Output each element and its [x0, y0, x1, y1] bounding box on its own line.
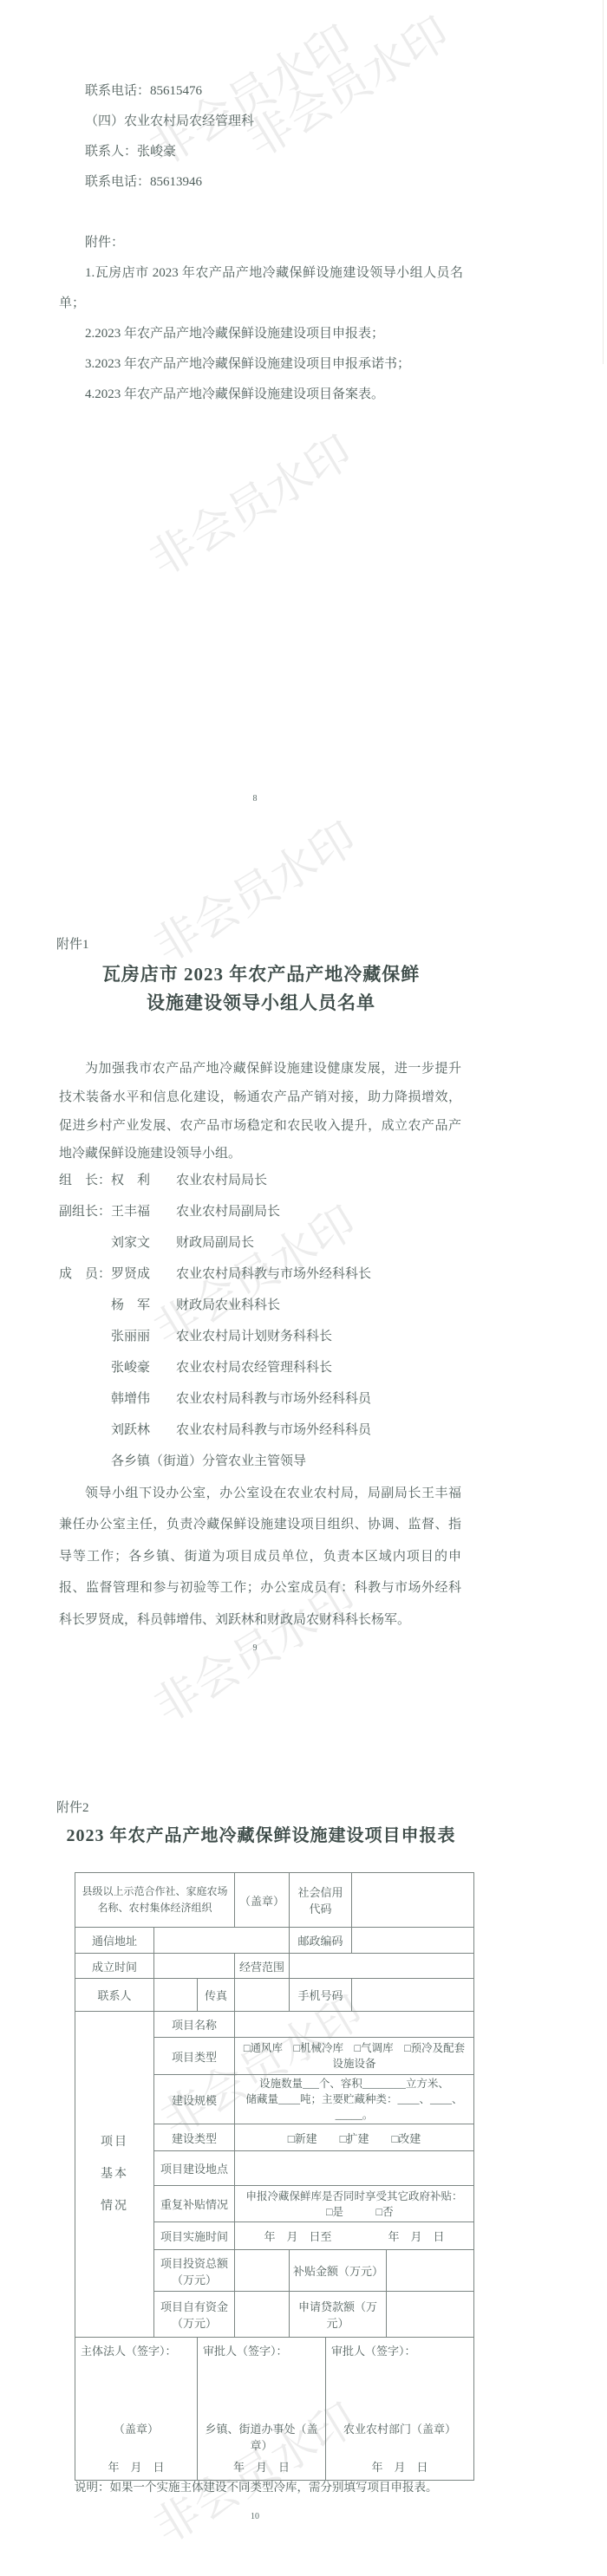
mobile-value-cell	[352, 1979, 474, 2012]
town-approver-signature-cell: 审批人（签字）： 乡镇、街道办事处（盖章） 年 月 日	[198, 2338, 326, 2481]
leadership-roster: 组 长：权 利 农业农村局局长 副组长：王丰福 农业农村局副局长 刘家文 财政局…	[59, 1165, 463, 1477]
scan-edge-artifact	[603, 0, 604, 364]
roster-line-deputy-2: 刘家文 财政局副局长	[59, 1227, 463, 1259]
attachment-list-item: 1.瓦房店市 2023 年农产品产地冷藏保鲜设施建设领导小组人员名单；	[59, 258, 463, 319]
attachment-list-item: 3.2023 年农产品产地冷藏保鲜设施建设项目申报承诺书；	[59, 349, 463, 380]
contact-phone-line-2: 联系电话：85613946	[59, 167, 463, 198]
application-form-table: 县级以上示范合作社、家庭农场 名称、农村集体经济组织 （盖章） 社会信用 代码 …	[75, 1872, 474, 2481]
page-number-9: 9	[0, 1643, 510, 1653]
page-1-body: 联系电话：85615476 （四）农业农村局农经管理科 联系人：张峻豪 联系电话…	[59, 76, 463, 410]
credit-code-value-cell	[352, 1873, 474, 1928]
founded-label: 成立时间	[75, 1954, 154, 1979]
fax-value-cell	[235, 1979, 290, 2012]
duplicate-subsidy-label: 重复补贴情况	[154, 2186, 235, 2222]
duplicate-subsidy-checkboxes: 申报冷藏保鲜库是否同时享受其它政府补贴： □是 □否	[235, 2186, 474, 2222]
approver-signature-label: 审批人（签字）：	[331, 2342, 416, 2358]
org-name-label: 县级以上示范合作社、家庭农场 名称、农村集体经济组织	[75, 1873, 235, 1928]
attachment2-title: 2023 年农产品产地冷藏保鲜设施建设项目申报表	[59, 1823, 463, 1849]
legal-person-signature-cell: 主体法人（签字）： （盖章） 年 月 日	[75, 2338, 198, 2481]
attachment1-intro-paragraph: 为加强我市农产品产地冷藏保鲜设施建设健康发展，进一步提升技术装备水平和信息化建设…	[59, 1055, 461, 1168]
town-office-seal-placeholder: 乡镇、街道办事处（盖章）	[198, 2420, 325, 2453]
agri-dept-approver-signature-cell: 审批人（签字）： 农业农村部门（盖章） 年 月 日	[326, 2338, 474, 2481]
build-type-label: 建设类型	[154, 2124, 235, 2151]
mobile-label: 手机号码	[290, 1979, 352, 2012]
roster-line-member: 张丽丽 农业农村局计划财务科科长	[59, 1321, 463, 1352]
roster-line-member: 韩增伟 农业农村局科教与市场外经科科员	[59, 1383, 463, 1415]
project-type-label: 项目类型	[154, 2038, 235, 2075]
scope-label: 经营范围	[235, 1954, 290, 1979]
roster-line-member: 成 员：罗贤成 农业农村局科教与市场外经科科长	[59, 1259, 463, 1290]
date-placeholder: 年 月 日	[75, 2458, 197, 2475]
loan-amount-label: 申请贷款额（万元）	[290, 2292, 387, 2338]
roster-line-member: 刘跃林 农业农村局科教与市场外经科科员	[59, 1415, 463, 1446]
attachment1-closing-paragraph: 领导小组下设办公室，办公室设在农业农村局，局副局长王丰福兼任办公室主任，负责冷藏…	[59, 1478, 461, 1636]
contact-value-cell	[154, 1979, 198, 2012]
legal-person-signature-label: 主体法人（签字）：	[81, 2342, 177, 2358]
postcode-label: 邮政编码	[290, 1928, 352, 1954]
build-site-value-cell	[235, 2151, 474, 2186]
subsidy-amount-label: 补贴金额（万元）	[290, 2250, 387, 2292]
attachments-label: 附件：	[59, 228, 463, 258]
roster-line-member: 杨 军 财政局农业科科长	[59, 1290, 463, 1321]
page-number-8: 8	[0, 794, 510, 803]
project-type-checkboxes: □通风库 □机械冷库 □气调库 □预冷及配套设施设备	[235, 2038, 474, 2075]
fax-label: 传真	[198, 1979, 235, 2012]
credit-code-label: 社会信用 代码	[290, 1873, 352, 1928]
build-site-label: 项目建设地点	[154, 2151, 235, 2186]
total-investment-label: 项目投资总额 （万元）	[154, 2250, 235, 2292]
address-label: 通信地址	[75, 1928, 154, 1954]
approver-signature-label: 审批人（签字）：	[203, 2342, 288, 2358]
org-seal-label: （盖章）	[235, 1873, 290, 1928]
section-heading-four: （四）农业农村局农经管理科	[59, 107, 463, 137]
org-seal-placeholder: （盖章）	[75, 2420, 197, 2436]
contact-label: 联系人	[75, 1979, 154, 2012]
project-basic-info-section-label: 项目 基本 情况	[75, 2012, 154, 2338]
attachment-list-item: 4.2023 年农产品产地冷藏保鲜设施建设项目备案表。	[59, 380, 463, 410]
roster-line-leader: 组 长：权 利 农业农村局局长	[59, 1165, 463, 1196]
build-scale-value: 设施数量___个、容积________立方米、 储藏量____吨；主要贮藏种类：…	[235, 2075, 474, 2124]
roster-line-member: 张峻豪 农业农村局农经管理科科长	[59, 1352, 463, 1383]
project-name-label: 项目名称	[154, 2012, 235, 2038]
founded-value-cell	[154, 1954, 235, 1979]
scope-value-cell	[290, 1954, 474, 1979]
page-number-10: 10	[0, 2512, 510, 2521]
address-value-cell	[154, 1928, 290, 1954]
own-funds-label: 项目自有资金 （万元）	[154, 2292, 235, 2338]
roster-line-deputy: 副组长：王丰福 农业农村局副局长	[59, 1196, 463, 1227]
agri-dept-seal-placeholder: 农业农村部门（盖章）	[326, 2420, 473, 2436]
project-name-value-cell	[235, 2012, 474, 2038]
watermark-text: 非会员水印	[139, 809, 374, 979]
watermark-text: 非会员水印	[134, 422, 369, 592]
implementation-time-value: 年 月 日至 年 月 日	[235, 2222, 474, 2250]
scanned-document-page: { "watermark": { "text": "非会员水印", "color…	[0, 0, 607, 2576]
build-scale-label: 建设规模	[154, 2075, 235, 2124]
loan-amount-value-cell	[387, 2292, 474, 2338]
attachment1-title: 瓦房店市 2023 年农产品产地冷藏保鲜 设施建设领导小组人员名单	[59, 960, 463, 1018]
total-investment-value-cell	[235, 2250, 290, 2292]
postcode-value-cell	[352, 1928, 474, 1954]
implementation-time-label: 项目实施时间	[154, 2222, 235, 2250]
attachment2-label: 附件2	[56, 1798, 89, 1816]
subsidy-amount-value-cell	[387, 2250, 474, 2292]
date-placeholder: 年 月 日	[326, 2458, 473, 2475]
own-funds-value-cell	[235, 2292, 290, 2338]
attachment1-label: 附件1	[56, 934, 89, 953]
attachment-list-item: 2.2023 年农产品产地冷藏保鲜设施建设项目申报表；	[59, 319, 463, 349]
build-type-checkboxes: □新建 □扩建 □改建	[235, 2124, 474, 2151]
contact-person-line: 联系人：张峻豪	[59, 137, 463, 167]
contact-phone-line: 联系电话：85615476	[59, 76, 463, 107]
date-placeholder: 年 月 日	[198, 2458, 325, 2475]
form-note: 说明：如果一个实施主体建设不同类型冷库，需分别填写项目申报表。	[75, 2477, 438, 2495]
roster-line-town-leaders: 各乡镇（街道）分管农业主管领导	[59, 1446, 463, 1477]
